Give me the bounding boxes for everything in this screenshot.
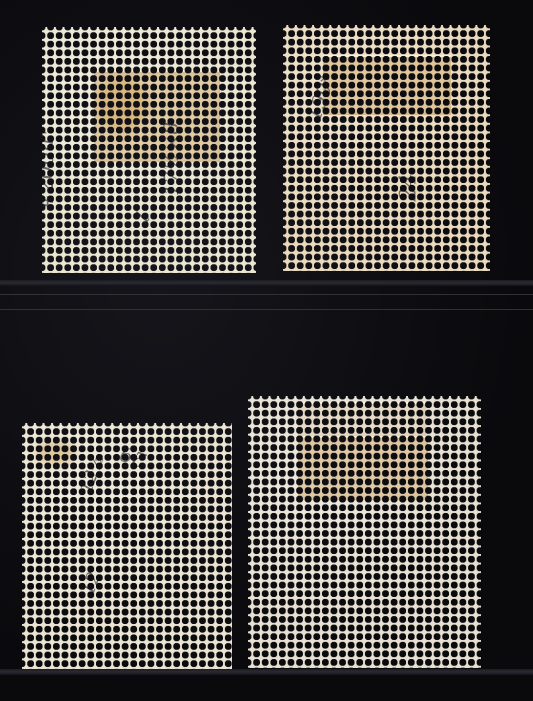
stockcard-strip-edge <box>0 669 533 675</box>
hinge-remnant <box>298 436 428 500</box>
pencil-note: 12 <box>78 569 106 598</box>
pencil-note: 1 <box>129 205 156 228</box>
stockcard-strip-line <box>0 309 533 310</box>
pencil-note: 29 <box>117 441 149 472</box>
stockcard-strip-edge <box>0 280 533 286</box>
stain <box>98 77 146 132</box>
stamp-top-left[interactable]: #200a* 17½×8 1 <box>42 27 256 273</box>
stamp-bottom-right[interactable] <box>248 396 481 668</box>
hinge-remnant <box>323 55 451 115</box>
pencil-note: 17½×8 <box>159 122 183 196</box>
stamp-top-right[interactable]: 199* 24 <box>283 25 490 271</box>
stamp-bottom-left[interactable]: 12½ 29 12 <box>22 423 232 669</box>
pencil-note: 24 <box>397 174 422 202</box>
hinge-remnant <box>298 402 426 438</box>
pencil-note: 12½ <box>75 451 109 496</box>
stain <box>36 441 76 465</box>
stockcard-strip-line <box>0 294 533 295</box>
